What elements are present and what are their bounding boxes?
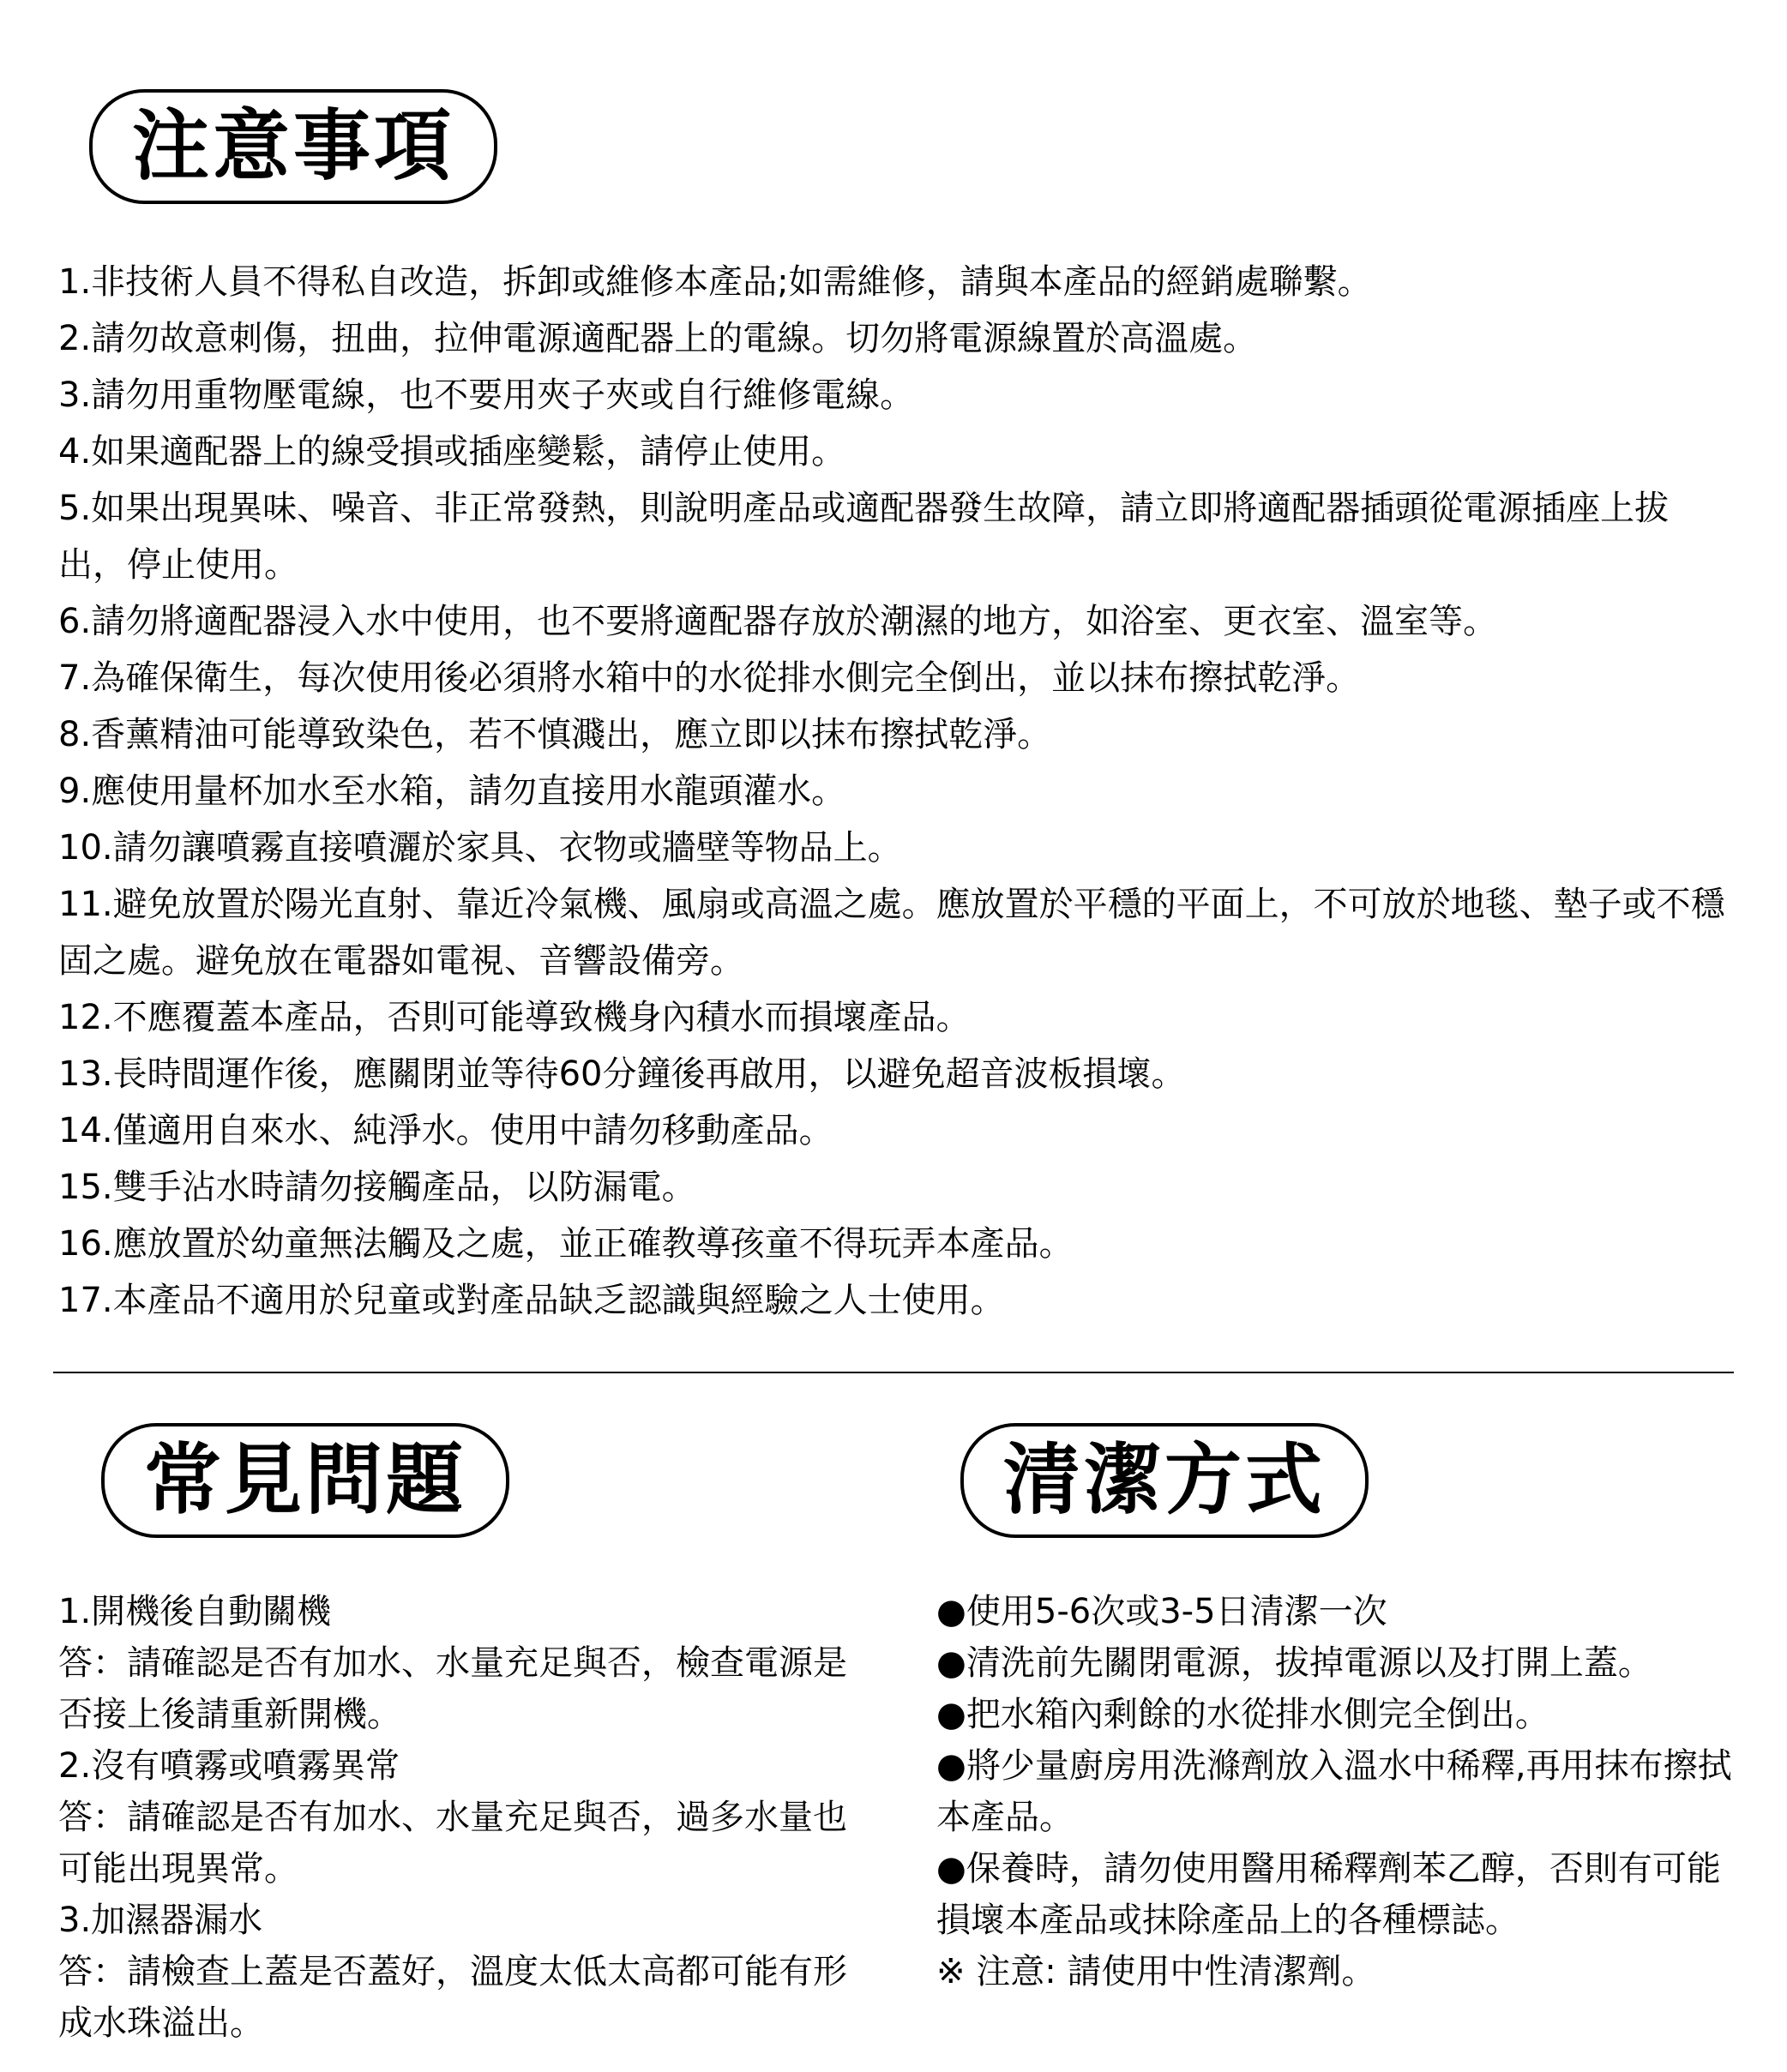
precautions-title-badge: 注意事項 <box>89 89 497 204</box>
faq-line: 答：請確認是否有加水、水量充足與否，檢查電源是否接上後請重新開機。 <box>58 1637 876 1740</box>
note-item: 7.為確保衛生，每次使用後必須將水箱中的水從排水側完全倒出，並以抹布擦拭乾淨。 <box>58 650 1737 706</box>
note-item: 9.應使用量杯加水至水箱，請勿直接用水龍頭灌水。 <box>58 763 1737 820</box>
note-item: 4.如果適配器上的線受損或插座變鬆，請停止使用。 <box>58 423 1737 480</box>
note-item: 5.如果出現異味、噪音、非正常發熱，則說明產品或適配器發生故障，請立即將適配器插… <box>58 480 1737 593</box>
note-item: 8.香薰精油可能導致染色，若不慎濺出，應立即以抹布擦拭乾淨。 <box>58 706 1737 763</box>
cleaning-bullet: ●把水箱內剩餘的水從排水側完全倒出。 <box>936 1689 1739 1740</box>
note-item: 2.請勿故意刺傷，扭曲，拉伸電源適配器上的電線。切勿將電源線置於高溫處。 <box>58 310 1737 367</box>
cleaning-title: 清潔方式 <box>1003 1435 1326 1525</box>
faq-title-badge: 常見問題 <box>101 1423 509 1538</box>
section-divider <box>53 1372 1734 1373</box>
precautions-section: 注意事項 1.非技術人員不得私自改造，拆卸或維修本產品;如需維修，請與本產品的經… <box>0 89 1787 1329</box>
cleaning-bullet: ●將少量廚房用洗滌劑放入溫水中稀釋,再用抹布擦拭本產品。 <box>936 1740 1739 1843</box>
note-item: 15.雙手沾水時請勿接觸產品，以防漏電。 <box>58 1159 1737 1216</box>
cleaning-note: ※ 注意: 請使用中性清潔劑。 <box>936 1946 1739 1997</box>
note-item: 16.應放置於幼童無法觸及之處，並正確教導孩童不得玩弄本產品。 <box>58 1216 1737 1272</box>
faq-line: 3.加濕器漏水 <box>58 1895 876 1946</box>
faq-line: 答：請確認是否有加水、水量充足與否，過多水量也可能出現異常。 <box>58 1792 876 1895</box>
note-item: 12.不應覆蓋本產品，否則可能導致機身內積水而損壞產品。 <box>58 989 1737 1046</box>
cleaning-list: ●使用5-6次或3-5日清潔一次 ●清洗前先關閉電源，拔掉電源以及打開上蓋。 ●… <box>936 1586 1739 1997</box>
note-item: 17.本產品不適用於兒童或對產品缺乏認識與經驗之人士使用。 <box>58 1272 1737 1329</box>
note-item: 10.請勿讓噴霧直接噴灑於家具、衣物或牆壁等物品上。 <box>58 820 1737 876</box>
cleaning-section: 清潔方式 ●使用5-6次或3-5日清潔一次 ●清洗前先關閉電源，拔掉電源以及打開… <box>936 1423 1739 2049</box>
faq-title: 常見問題 <box>144 1435 466 1525</box>
note-item: 6.請勿將適配器浸入水中使用，也不要將適配器存放於潮濕的地方，如浴室、更衣室、溫… <box>58 593 1737 650</box>
cleaning-bullet: ●使用5-6次或3-5日清潔一次 <box>936 1586 1739 1637</box>
faq-list: 1.開機後自動關機 答：請確認是否有加水、水量充足與否，檢查電源是否接上後請重新… <box>58 1586 876 2049</box>
cleaning-bullet: ●保養時，請勿使用醫用稀釋劑苯乙醇，否則有可能損壞本產品或抹除產品上的各種標誌。 <box>936 1843 1739 1946</box>
note-item: 11.避免放置於陽光直射、靠近冷氣機、風扇或高溫之處。應放置於平穩的平面上，不可… <box>58 876 1737 989</box>
faq-line: 2.沒有噴霧或噴霧異常 <box>58 1740 876 1792</box>
cleaning-bullet: ●清洗前先關閉電源，拔掉電源以及打開上蓋。 <box>936 1637 1739 1689</box>
precautions-list: 1.非技術人員不得私自改造，拆卸或維修本產品;如需維修，請與本產品的經銷處聯繫。… <box>58 254 1737 1329</box>
faq-line: 答：請檢查上蓋是否蓋好，溫度太低太高都可能有形成水珠溢出。 <box>58 1946 876 2049</box>
note-item: 3.請勿用重物壓電線，也不要用夾子夾或自行維修電線。 <box>58 367 1737 423</box>
faq-line: 1.開機後自動關機 <box>58 1586 876 1637</box>
faq-section: 常見問題 1.開機後自動關機 答：請確認是否有加水、水量充足與否，檢查電源是否接… <box>58 1423 936 2049</box>
note-item: 14.僅適用自來水、純淨水。使用中請勿移動產品。 <box>58 1102 1737 1159</box>
note-item: 13.長時間運作後，應關閉並等待60分鐘後再啟用，以避免超音波板損壞。 <box>58 1046 1737 1102</box>
precautions-title: 注意事項 <box>132 101 454 191</box>
note-item: 1.非技術人員不得私自改造，拆卸或維修本產品;如需維修，請與本產品的經銷處聯繫。 <box>58 254 1737 310</box>
manual-page: 注意事項 1.非技術人員不得私自改造，拆卸或維修本產品;如需維修，請與本產品的經… <box>0 0 1787 2072</box>
cleaning-title-badge: 清潔方式 <box>960 1423 1369 1538</box>
bottom-columns: 常見問題 1.開機後自動關機 答：請確認是否有加水、水量充足與否，檢查電源是否接… <box>0 1423 1787 2049</box>
